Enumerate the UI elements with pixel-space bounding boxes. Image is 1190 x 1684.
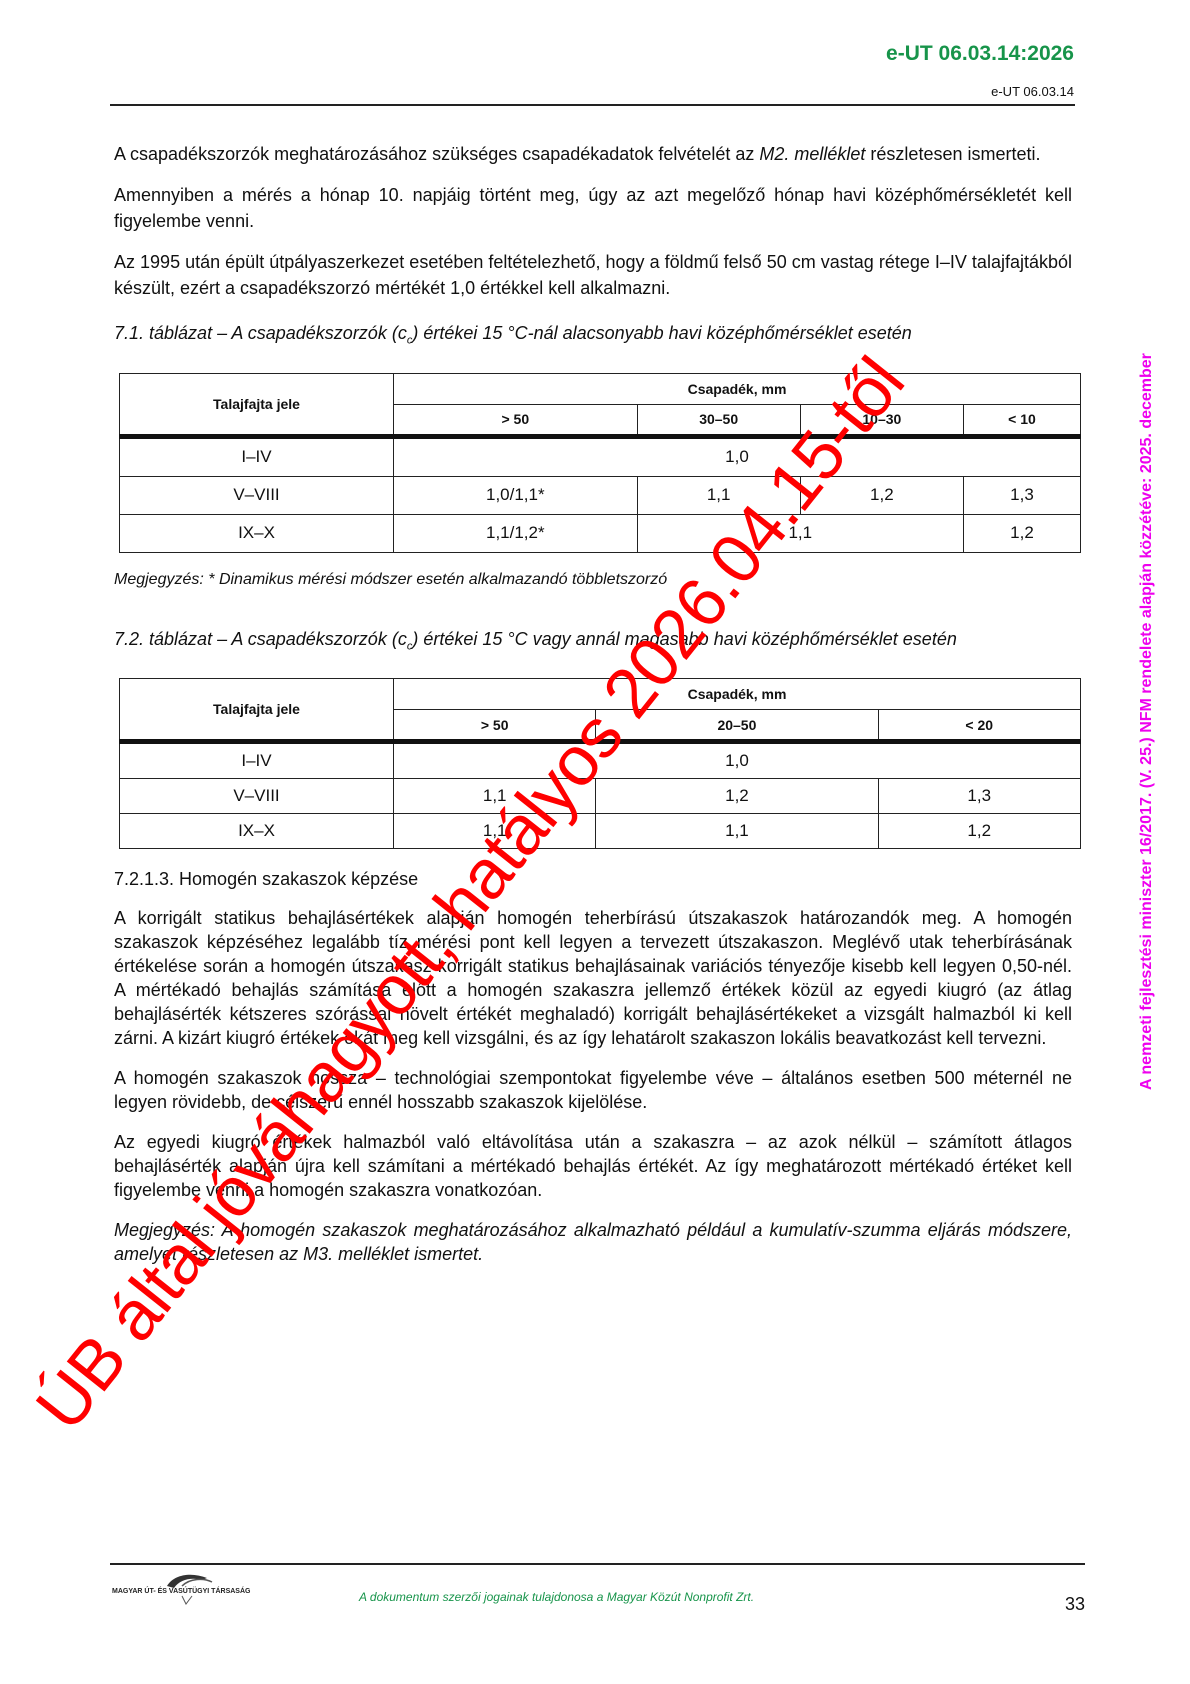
row-label: V–VIII <box>120 779 394 814</box>
table-cell: 1,1 <box>394 779 596 814</box>
column-header: > 50 <box>394 404 638 436</box>
text: 7.1. táblázat – A csapadékszorzók (c <box>114 323 407 343</box>
text: ) értékei 15 °C vagy annál magasabb havi… <box>412 629 957 649</box>
table-cell: 1,1 <box>637 476 800 514</box>
column-header: < 20 <box>878 710 1081 742</box>
annex-reference: M2. melléklet <box>759 144 865 164</box>
table-precipitation-low-temp: Talajfajta jele Csapadék, mm > 50 30–50 … <box>119 373 1081 553</box>
paragraph-1995-structures: Az 1995 után épült útpályaszerkezet eset… <box>114 249 1072 301</box>
table-cell: 1,1 <box>394 814 596 849</box>
table-cell: 1,2 <box>800 476 963 514</box>
header-divider <box>110 104 1075 106</box>
table-cell: 1,2 <box>878 814 1081 849</box>
table-cell: 1,2 <box>963 514 1080 552</box>
column-header-soil-type: Talajfajta jele <box>120 679 394 742</box>
text: A csapadékszorzók meghatározásához szüks… <box>114 144 759 164</box>
table-precipitation-high-temp: Talajfajta jele Csapadék, mm > 50 20–50 … <box>119 678 1081 849</box>
column-header: 10–30 <box>800 404 963 436</box>
table1-caption: 7.1. táblázat – A csapadékszorzók (cc) é… <box>114 321 1072 353</box>
paragraph-m2-reference: A csapadékszorzók meghatározásához szüks… <box>114 141 1072 167</box>
footer-divider <box>110 1563 1085 1565</box>
table-cell: 1,0 <box>394 742 1081 779</box>
table-row: IX–X 1,1/1,2* 1,1 1,2 <box>120 514 1081 552</box>
document-code: e-UT 06.03.14:2026 <box>886 42 1074 66</box>
page-number: 33 <box>1065 1594 1085 1615</box>
table-row: I–IV 1,0 <box>120 742 1081 779</box>
section-paragraph: A homogén szakaszok hossza – technológia… <box>114 1066 1072 1114</box>
table-row: I–IV 1,0 <box>120 436 1081 476</box>
column-header-soil-type: Talajfajta jele <box>120 373 394 436</box>
publication-notice: A nemzeti fejlesztési miniszter 16/2017.… <box>1138 353 1156 1090</box>
section-note: Megjegyzés: A homogén szakaszok meghatár… <box>114 1218 1072 1266</box>
column-header: 20–50 <box>596 710 878 742</box>
table1-note: Megjegyzés: * Dinamikus mérési módszer e… <box>114 571 1072 589</box>
table-cell: 1,2 <box>596 779 878 814</box>
column-group-precipitation: Csapadék, mm <box>394 373 1081 404</box>
text: 7.2. táblázat – A csapadékszorzók (c <box>114 629 407 649</box>
copyright-notice: A dokumentum szerzői jogainak tulajdonos… <box>359 1590 754 1604</box>
row-label: IX–X <box>120 814 394 849</box>
section-paragraph: A korrigált statikus behajlásértékek ala… <box>114 906 1072 1050</box>
column-header: < 10 <box>963 404 1080 436</box>
table-row: IX–X 1,1 1,1 1,2 <box>120 814 1081 849</box>
table-cell: 1,1 <box>637 514 963 552</box>
document-code-short: e-UT 06.03.14 <box>991 84 1074 99</box>
page-content: A csapadékszorzók meghatározásához szüks… <box>114 141 1072 1282</box>
column-header: > 50 <box>394 710 596 742</box>
text: részletesen ismerteti. <box>865 144 1040 164</box>
column-header: 30–50 <box>637 404 800 436</box>
table-row: V–VIII 1,1 1,2 1,3 <box>120 779 1081 814</box>
society-logo: MAGYAR ÚT- ÉS VASÚTÜGYI TÁRSASÁG <box>112 1572 262 1612</box>
table-cell: 1,1/1,2* <box>394 514 638 552</box>
section-paragraph: Az egyedi kiugró értékek halmazból való … <box>114 1130 1072 1202</box>
text: ) értékei 15 °C-nál alacsonyabb havi köz… <box>412 323 911 343</box>
row-label: V–VIII <box>120 476 394 514</box>
table-cell: 1,0 <box>394 436 1081 476</box>
column-group-precipitation: Csapadék, mm <box>394 679 1081 710</box>
table-row: V–VIII 1,0/1,1* 1,1 1,2 1,3 <box>120 476 1081 514</box>
section-heading: 7.2.1.3. Homogén szakaszok képzése <box>114 869 1072 890</box>
table-cell: 1,3 <box>878 779 1081 814</box>
table-cell: 1,3 <box>963 476 1080 514</box>
row-label: IX–X <box>120 514 394 552</box>
row-label: I–IV <box>120 436 394 476</box>
table2-caption: 7.2. táblázat – A csapadékszorzók (cc) é… <box>114 627 1072 659</box>
paragraph-measurement-month: Amennyiben a mérés a hónap 10. napjáig t… <box>114 182 1072 234</box>
logo-text: MAGYAR ÚT- ÉS VASÚTÜGYI TÁRSASÁG <box>112 1588 250 1595</box>
row-label: I–IV <box>120 742 394 779</box>
table-cell: 1,0/1,1* <box>394 476 638 514</box>
table-cell: 1,1 <box>596 814 878 849</box>
